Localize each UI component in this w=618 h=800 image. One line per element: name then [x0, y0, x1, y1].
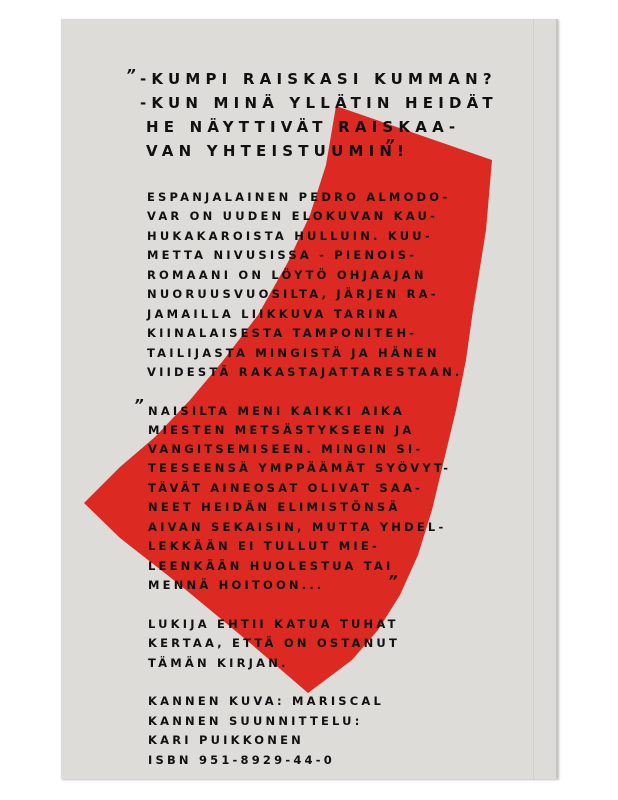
- paragraph-line: TEESEENSÄ YMPPÄÄMÄT SYÖVYT-: [148, 461, 451, 475]
- paragraph-line: KIINALAISESTA TAMPONITEH-: [147, 326, 417, 340]
- paragraph-line: NAISILTA MENI KAIKKI AIKA: [148, 404, 405, 418]
- paragraph-line: NUORUUSVUOSILTA, JÄRJEN RA-: [147, 287, 439, 301]
- paragraph-line: TÄMÄN KIRJAN.: [148, 656, 289, 670]
- paragraph-line: MIESTEN METSÄSTYKSEEN JA: [148, 423, 414, 437]
- paragraph-line: METTA NIVUSISSA - PIENOIS-: [147, 248, 417, 262]
- close-quote-mark: ”: [388, 572, 398, 590]
- paragraph-line: VAR ON UUDEN ELOKUVAN KAU-: [147, 209, 438, 223]
- paragraph-line: MENNÄ HOITOON...: [148, 578, 324, 592]
- paragraph-line: TÄVÄT AINEOSAT OLIVAT SAA-: [148, 481, 423, 495]
- quote-line: -KUN MINÄ YLLÄTIN HEIDÄT: [140, 94, 498, 112]
- paragraph-line: KERTAA, ETTÄ ON OSTANUT: [148, 636, 400, 650]
- paragraph-line: HUKAKAROISTA HULLUIN. KUU-: [147, 229, 433, 243]
- quote-line: HE NÄYTTIVÄT RAISKAA-: [146, 118, 460, 136]
- quote-line: VAN YHTEISTUUMIN!: [146, 142, 409, 160]
- paragraph-line: ESPANJALAINEN PEDRO ALMODO-: [147, 190, 450, 204]
- paragraph-line: VIIDESTÄ RAKASTAJATTARESTAAN.: [147, 365, 462, 379]
- credit-line: KANNEN KUVA: MARISCAL: [148, 694, 384, 708]
- paragraph-line: NEET HEIDÄN ELIMISTÖNSÄ: [148, 500, 401, 514]
- paragraph-line: LUKIJA EHTII KATUA TUHAT: [148, 617, 399, 631]
- paragraph-line: JAMAILLA LIIKKUVA TARINA: [147, 307, 401, 321]
- isbn-line: ISBN 951-8929-44-0: [148, 753, 335, 767]
- paragraph-line: VANGITSEMISEEN. MINGIN SI-: [148, 442, 423, 456]
- paragraph-line: TAILIJASTA MINGISTÄ JA HÄNEN: [147, 346, 440, 360]
- open-quote-mark: ”: [134, 396, 144, 414]
- paragraph-line: AIVAN SEKAISIN, MUTTA YHDEL-: [148, 520, 446, 534]
- close-quote-mark: ”: [385, 136, 395, 154]
- credit-line: KARI PUIKKONEN: [148, 733, 304, 747]
- open-quote-mark: ”: [126, 66, 136, 84]
- paragraph-line: LEENKÄÄN HUOLESTUA TAI: [148, 559, 393, 573]
- paragraph-line: LEKKÄÄN EI TULLUT MIE-: [148, 539, 380, 553]
- paragraph-line: ROMAANI ON LÖYTÖ OHJAAJAN: [147, 268, 427, 282]
- quote-line: -KUMPI RAISKASI KUMMAN?: [140, 70, 497, 88]
- credit-line: KANNEN SUUNNITTELU:: [148, 714, 363, 728]
